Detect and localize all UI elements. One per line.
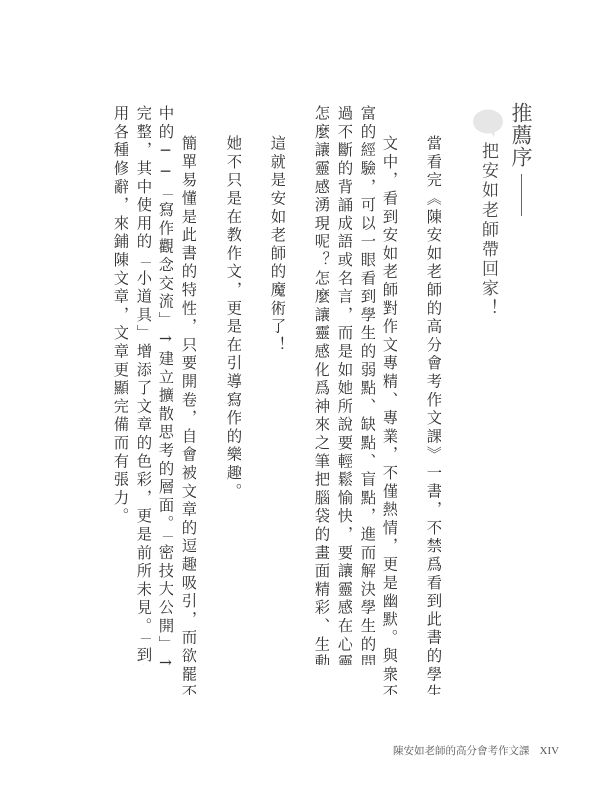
running-book-title: 陳安如老師的高分會考作文課 xyxy=(393,745,530,757)
paragraph-column: 簡單易懂是此書的特性，只要開卷，自會被文章的逗趣吸引，而欲罷不能。例如：綱要 xyxy=(180,135,196,695)
book-page: 推薦序 把安如老師帶回家！ 當看完《陳安如老師的高分會考作文課》一書，不禁爲看到… xyxy=(0,0,600,812)
speech-bubble-icon xyxy=(472,109,504,137)
paragraph-column: 她不只是在教作文，更是在引導寫作的樂趣。 xyxy=(225,135,241,695)
section-title-text: 推薦序 xyxy=(509,102,533,168)
paragraph-column: 當看完《陳安如老師的高分會考作文課》一書，不禁爲看到此書的學生感到欣慰。 xyxy=(425,135,441,695)
paragraph-column: 這就是安如老師的魔術了！ xyxy=(269,135,285,695)
paragraph-column: 文中，看到安如老師對作文專精、專業，不僅熱情，更是幽默。與衆不同的是，她有豐 xyxy=(381,135,397,695)
paragraph-column: 完整，其中使用的「小道具」增添了文章的色彩，更是前所未見。「到底要加什麼料」→運 xyxy=(135,105,151,665)
paragraph-column: 富的經驗，可以一眼看到學生的弱點、缺點、盲點，進而解決學生的問題。解決方法不是透 xyxy=(359,105,375,665)
paragraph-column: 用各種修辭，來鋪陳文章，文章更顯完備而有張力。 xyxy=(112,105,128,665)
section-title: 推薦序 xyxy=(510,102,531,216)
paragraph-column: 怎麼讓靈感湧現呢？怎麼讓靈感化爲神來之筆把腦袋的畫面精彩、生動地寫出來呢？ xyxy=(313,105,329,665)
page-footer: 陳安如老師的高分會考作文課XIV xyxy=(393,743,559,758)
section-subtitle: 把安如老師帶回家！ xyxy=(479,142,496,318)
page-number: XIV xyxy=(540,745,560,757)
paragraph-column: 過不斷的背誦成語或名言，而是如她所說要輕鬆愉快，要讓靈感在心靈自由的情況下出現。 xyxy=(336,105,352,665)
paragraph-column: 中的──「寫作觀念交流」→建立擴散思考的層面。「密技大公開」→讓文章透過轉折而更 xyxy=(157,105,173,665)
title-dash-divider xyxy=(521,174,522,216)
